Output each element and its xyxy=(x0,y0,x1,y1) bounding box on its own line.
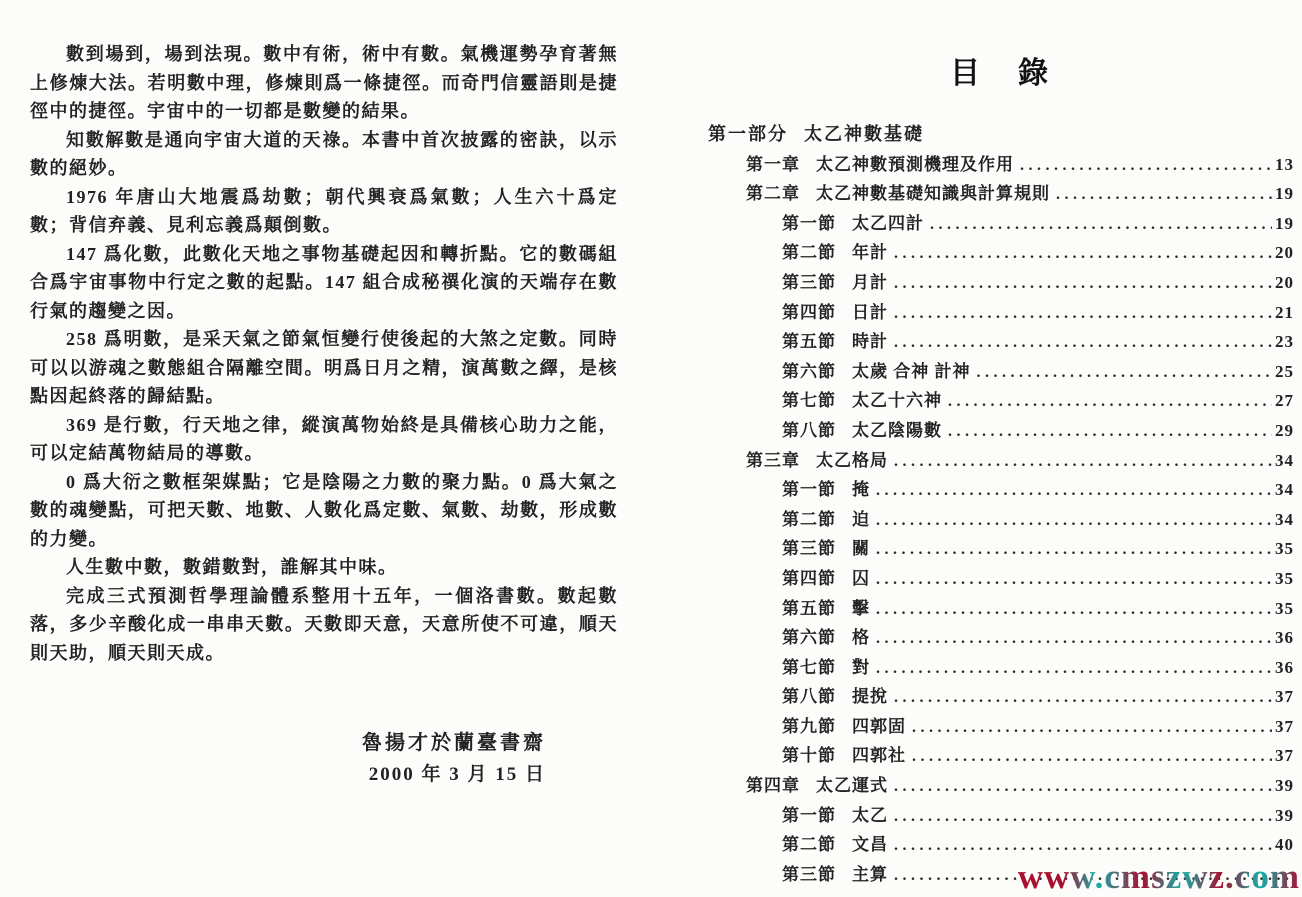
paragraph: 知數解數是通向宇宙大道的天祿。本書中首次披露的密訣，以示數的絕妙。 xyxy=(30,126,618,183)
toc-entry-page: 34 xyxy=(1275,480,1294,500)
toc-row: 第二節 年計 20 xyxy=(708,238,1294,268)
signature-block: 魯揚才於蘭臺書齋 2000 年 3 月 15 日 xyxy=(30,727,618,791)
toc-row: 第一節 掩 34 xyxy=(708,475,1294,505)
toc-entry-page: 13 xyxy=(1275,155,1294,175)
toc-row: 第一節 太乙四計 19 xyxy=(708,209,1294,239)
left-page: 數到場到，場到法現。數中有術，術中有數。氣機運勢孕育著無上修煉大法。若明數中理，… xyxy=(30,40,618,791)
toc-row: 第一部分 太乙神數基礎 xyxy=(708,120,1294,150)
toc-dot-leader xyxy=(894,332,1272,352)
toc-dot-leader xyxy=(876,480,1272,500)
toc-dot-leader xyxy=(876,658,1272,678)
toc-entry-label: 第八節 xyxy=(782,416,836,441)
toc-dot-leader xyxy=(977,362,1273,382)
toc-entry-label: 第四節 xyxy=(782,298,836,323)
toc-entry-title: 關 xyxy=(852,534,870,559)
toc-entry-page: 19 xyxy=(1275,214,1294,234)
paragraph: 147 爲化數，此數化天地之事物基礎起因和轉折點。它的數碼組合爲宇宙事物中行定之… xyxy=(30,240,618,326)
toc-entry-page: 35 xyxy=(1275,539,1294,559)
toc-row: 第十節 四郭社 37 xyxy=(708,741,1294,771)
toc-entry-page: 37 xyxy=(1275,717,1294,737)
toc-entry-title: 太乙運式 xyxy=(816,771,888,796)
toc-dot-leader xyxy=(1056,184,1272,204)
toc-entry-label: 第二節 xyxy=(782,505,836,530)
toc-entry-page: 20 xyxy=(1275,273,1294,293)
toc-entry-label: 第九節 xyxy=(782,712,836,737)
toc-entry-label: 第二節 xyxy=(782,238,836,263)
toc-entry-label: 第二章 xyxy=(746,179,800,204)
toc-dot-leader xyxy=(894,273,1272,293)
toc-dot-leader xyxy=(894,451,1272,471)
toc-entry-page: 27 xyxy=(1275,391,1294,411)
toc-entry-label: 第三節 xyxy=(782,268,836,293)
toc-entry-page: 35 xyxy=(1275,599,1294,619)
toc-dot-leader xyxy=(948,391,1272,411)
toc-dot-leader xyxy=(894,806,1272,826)
toc-row: 第一章 太乙神數預測機理及作用 13 xyxy=(708,150,1294,180)
toc-entry-title: 太乙格局 xyxy=(816,446,888,471)
toc-entry-label: 第六節 xyxy=(782,623,836,648)
toc-entry-label: 第十節 xyxy=(782,741,836,766)
toc-row: 第三章 太乙格局 34 xyxy=(708,446,1294,476)
toc-dot-leader xyxy=(876,539,1272,559)
toc-row: 第二節 文昌 40 xyxy=(708,830,1294,860)
toc-dot-leader xyxy=(894,776,1272,796)
toc-row: 第六節 太歲 合神 計神 25 xyxy=(708,357,1294,387)
toc-dot-leader xyxy=(876,599,1272,619)
toc-row: 第九節 四郭固 37 xyxy=(708,712,1294,742)
toc-row: 第五節 時計 23 xyxy=(708,327,1294,357)
signature-date: 2000 年 3 月 15 日 xyxy=(30,759,546,791)
toc-entry-title: 月計 xyxy=(852,268,888,293)
toc-row: 第七節 對 36 xyxy=(708,653,1294,683)
toc-entry-title: 日計 xyxy=(852,298,888,323)
left-page-body: 數到場到，場到法現。數中有術，術中有數。氣機運勢孕育著無上修煉大法。若明數中理，… xyxy=(30,40,618,667)
toc-entry-label: 第七節 xyxy=(782,653,836,678)
toc-entry-title: 囚 xyxy=(852,564,870,589)
paragraph: 1976 年唐山大地震爲劫數；朝代興衰爲氣數；人生六十爲定數；背信弃義、見利忘義… xyxy=(30,183,618,240)
toc-entry-title: 對 xyxy=(852,653,870,678)
toc-entry-label: 第一章 xyxy=(746,150,800,175)
toc-entry-label: 第五節 xyxy=(782,594,836,619)
toc-entry-page: 19 xyxy=(1275,184,1294,204)
toc-entry-title: 四郭社 xyxy=(852,741,906,766)
paragraph: 數到場到，場到法現。數中有術，術中有數。氣機運勢孕育著無上修煉大法。若明數中理，… xyxy=(30,40,618,126)
toc-entry-page: 25 xyxy=(1275,362,1294,382)
toc-dot-leader xyxy=(894,835,1272,855)
scanned-book-spread: 數到場到，場到法現。數中有術，術中有數。氣機運勢孕育著無上修煉大法。若明數中理，… xyxy=(0,0,1302,897)
toc-entry-label: 第七節 xyxy=(782,386,836,411)
toc-entry-page: 40 xyxy=(1275,835,1294,855)
toc-dot-leader xyxy=(912,717,1272,737)
toc-entry-label: 第四節 xyxy=(782,564,836,589)
toc-entry-page: 36 xyxy=(1275,628,1294,648)
toc-entry-page: 37 xyxy=(1275,746,1294,766)
toc-row: 第七節 太乙十六神 27 xyxy=(708,386,1294,416)
toc-dot-leader xyxy=(1020,155,1272,175)
toc-entry-page: 34 xyxy=(1275,451,1294,471)
paragraph: 人生數中數，數錯數對，誰解其中味。 xyxy=(30,553,618,582)
paragraph: 369 是行數，行天地之律，縱演萬物始終是具備核心助力之能，可以定結萬物結局的導… xyxy=(30,411,618,468)
toc-dot-leader xyxy=(876,569,1272,589)
toc-row: 第六節 格 36 xyxy=(708,623,1294,653)
author-signature: 魯揚才於蘭臺書齋 xyxy=(30,727,546,759)
toc-entry-label: 第三節 xyxy=(782,860,836,885)
toc-entry-title: 太乙神數預測機理及作用 xyxy=(816,150,1014,175)
toc-entry-title: 太歲 合神 計神 xyxy=(852,357,971,382)
toc-entry-title: 太乙 xyxy=(852,801,888,826)
toc-entry-title: 太乙十六神 xyxy=(852,386,942,411)
toc-title: 目 錄 xyxy=(708,48,1294,92)
toc-row: 第一節 太乙 39 xyxy=(708,801,1294,831)
paragraph: 258 爲明數，是采天氣之節氣恒變行使後起的大煞之定數。同時可以以游魂之數態組合… xyxy=(30,325,618,411)
toc-row: 第八節 太乙陰陽數 29 xyxy=(708,416,1294,446)
toc-dot-leader xyxy=(948,421,1272,441)
toc-entry-title: 格 xyxy=(852,623,870,648)
toc-entry-page: 29 xyxy=(1275,421,1294,441)
toc-entry-title: 四郭固 xyxy=(852,712,906,737)
toc-entry-page: 34 xyxy=(1275,510,1294,530)
toc-entry-page: 20 xyxy=(1275,243,1294,263)
toc-entry-label: 第二節 xyxy=(782,830,836,855)
toc-entry-label: 第一節 xyxy=(782,475,836,500)
toc-entry-page: 37 xyxy=(1275,687,1294,707)
toc-row: 第三節 關 35 xyxy=(708,534,1294,564)
toc-dot-leader xyxy=(894,303,1272,323)
toc-row: 第二章 太乙神數基礎知識與計算規則 19 xyxy=(708,179,1294,209)
toc-entry-title: 時計 xyxy=(852,327,888,352)
toc-row: 第四節 囚 35 xyxy=(708,564,1294,594)
toc-entry-label: 第五節 xyxy=(782,327,836,352)
toc-list: 第一部分 太乙神數基礎 第一章 太乙神數預測機理及作用 13 第二章 太乙神數基… xyxy=(708,120,1294,889)
toc-entry-page: 23 xyxy=(1275,332,1294,352)
toc-entry-page: 35 xyxy=(1275,569,1294,589)
toc-row: 第四章 太乙運式 39 xyxy=(708,771,1294,801)
toc-entry-title: 提挩 xyxy=(852,682,888,707)
watermark-url: www.cmszwz.com xyxy=(1018,857,1300,897)
toc-entry-title: 掩 xyxy=(852,475,870,500)
toc-entry-title: 太乙神數基礎 xyxy=(804,120,924,146)
toc-dot-leader xyxy=(912,746,1272,766)
toc-entry-label: 第三節 xyxy=(782,534,836,559)
toc-entry-page: 21 xyxy=(1275,303,1294,323)
toc-entry-label: 第四章 xyxy=(746,771,800,796)
toc-entry-title: 太乙神數基礎知識與計算規則 xyxy=(816,179,1050,204)
toc-dot-leader xyxy=(930,214,1272,234)
toc-row: 第四節 日計 21 xyxy=(708,298,1294,328)
toc-row: 第二節 迫 34 xyxy=(708,505,1294,535)
paragraph: 0 爲大衍之數框架媒點；它是陰陽之力數的聚力點。0 爲大氣之數的魂變點，可把天數… xyxy=(30,468,618,554)
toc-dot-leader xyxy=(894,243,1272,263)
toc-entry-label: 第一部分 xyxy=(708,120,788,146)
toc-entry-page: 39 xyxy=(1275,776,1294,796)
toc-entry-label: 第三章 xyxy=(746,446,800,471)
toc-row: 第三節 月計 20 xyxy=(708,268,1294,298)
toc-entry-title: 太乙四計 xyxy=(852,209,924,234)
toc-entry-page: 36 xyxy=(1275,658,1294,678)
toc-entry-title: 主算 xyxy=(852,860,888,885)
toc-entry-page: 39 xyxy=(1275,806,1294,826)
right-page: 目 錄 第一部分 太乙神數基礎 第一章 太乙神數預測機理及作用 13 第二章 太… xyxy=(708,48,1294,889)
toc-entry-label: 第八節 xyxy=(782,682,836,707)
toc-entry-title: 文昌 xyxy=(852,830,888,855)
toc-entry-label: 第一節 xyxy=(782,209,836,234)
toc-dot-leader xyxy=(876,510,1272,530)
paragraph: 完成三式預測哲學理論體系整用十五年，一個洛書數。數起數落，多少辛酸化成一串串天數… xyxy=(30,582,618,668)
toc-row: 第五節 擊 35 xyxy=(708,594,1294,624)
toc-entry-label: 第一節 xyxy=(782,801,836,826)
toc-entry-title: 擊 xyxy=(852,594,870,619)
toc-dot-leader xyxy=(876,628,1272,648)
toc-entry-title: 年計 xyxy=(852,238,888,263)
toc-entry-label: 第六節 xyxy=(782,357,836,382)
toc-entry-title: 太乙陰陽數 xyxy=(852,416,942,441)
toc-dot-leader xyxy=(894,687,1272,707)
toc-entry-title: 迫 xyxy=(852,505,870,530)
toc-row: 第八節 提挩 37 xyxy=(708,682,1294,712)
